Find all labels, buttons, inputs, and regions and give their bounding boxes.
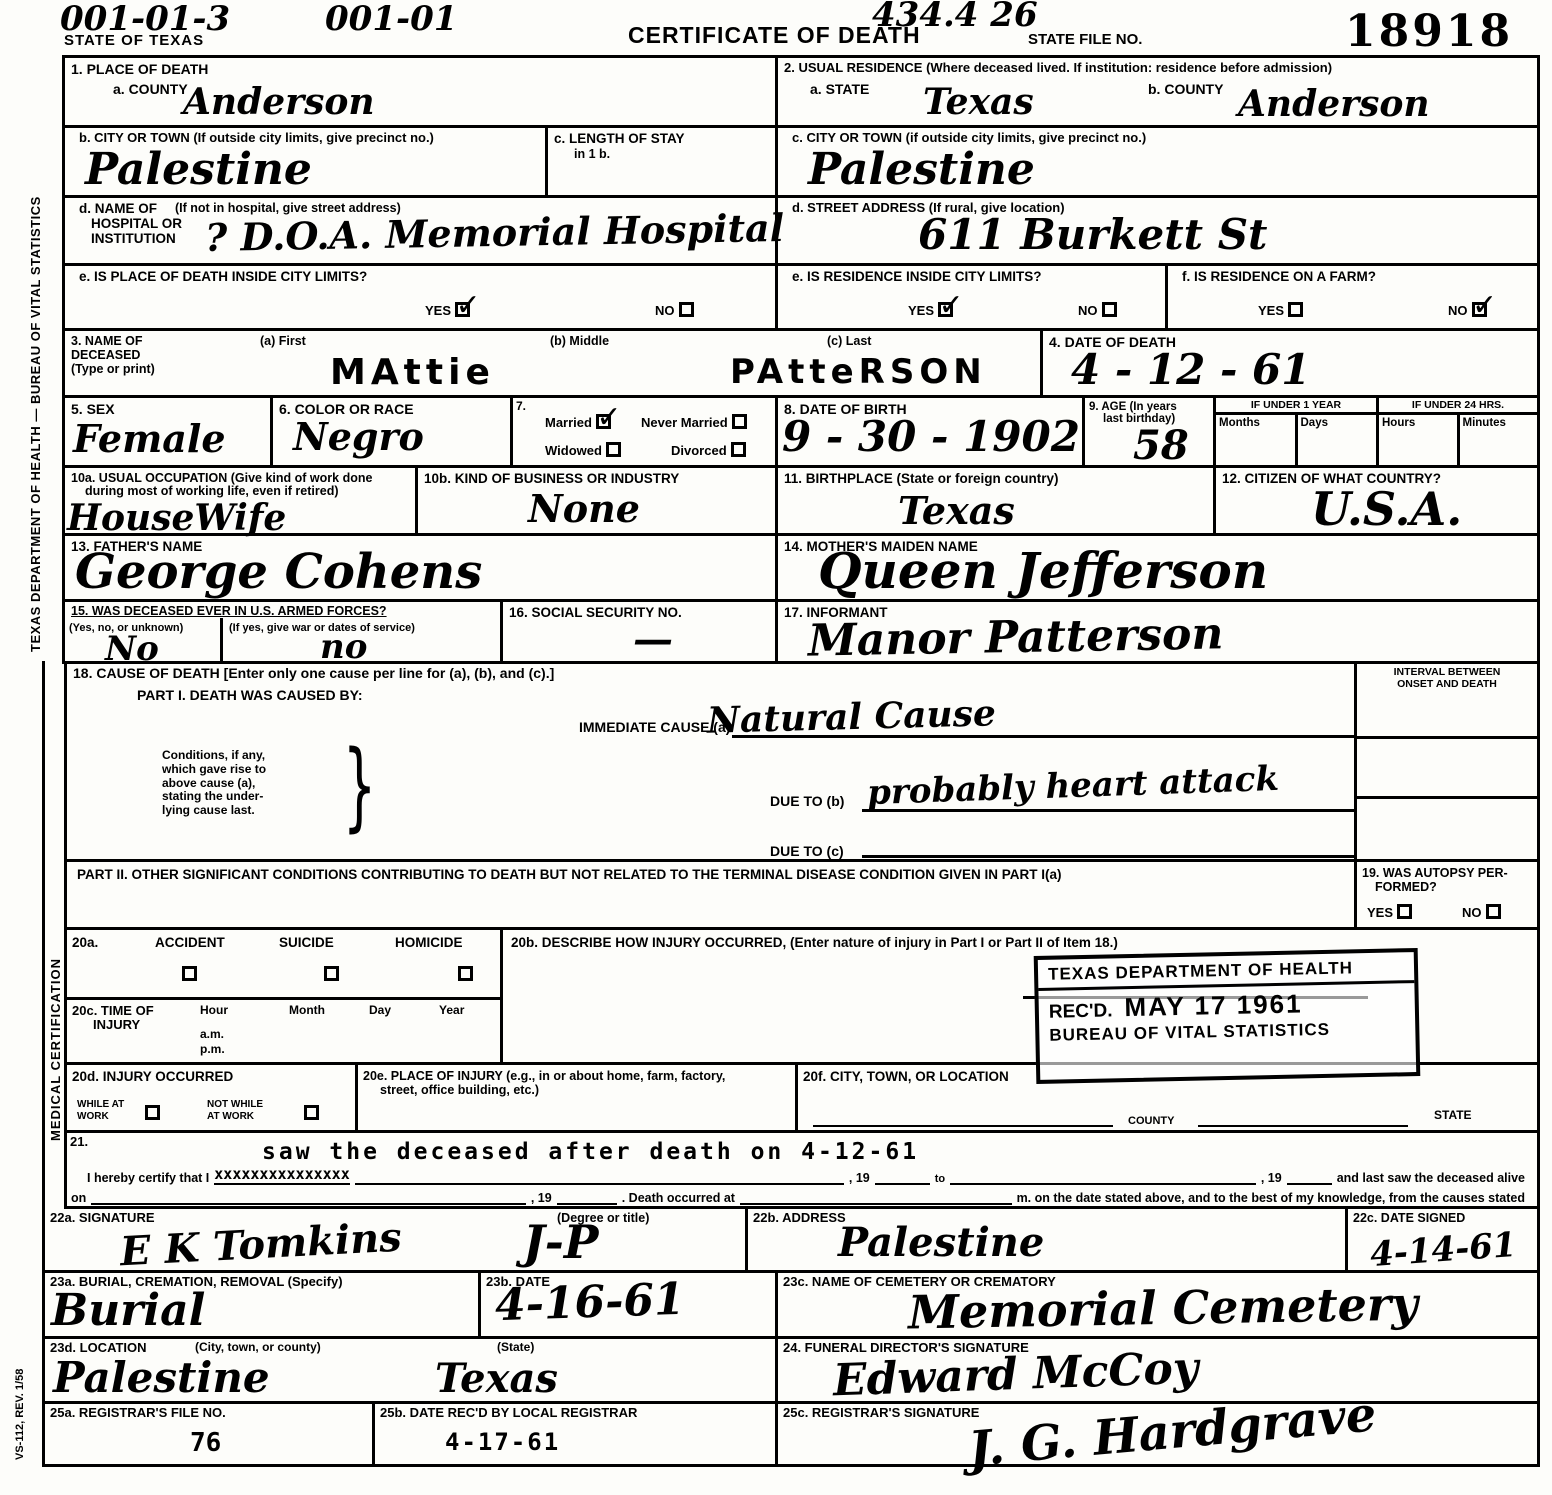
interval-header-box: INTERVAL BETWEEN ONSET AND DEATH bbox=[1357, 661, 1537, 739]
field-place-of-injury: 20e. PLACE OF INJURY (e.g., in or about … bbox=[358, 1065, 798, 1130]
suicide-label: SUICIDE bbox=[279, 935, 334, 951]
marital-label: 7. bbox=[516, 400, 526, 414]
injury-state-label: STATE bbox=[1434, 1109, 1472, 1123]
field-interval-onset-death: INTERVAL BETWEEN ONSET AND DEATH bbox=[1357, 661, 1537, 859]
field-social-security-no: 16. SOCIAL SECURITY NO. — bbox=[503, 602, 778, 661]
received-stamp: TEXAS DEPARTMENT OF HEALTH REC'D. MAY 17… bbox=[1034, 948, 1421, 1084]
stamp-recd-label: REC'D. bbox=[1049, 1000, 1113, 1023]
occupation-value: HouseWife bbox=[67, 500, 286, 536]
field-armed-forces: 15. WAS DECEASED EVER IN U.S. ARMED FORC… bbox=[65, 602, 503, 661]
residence-county-value: Anderson bbox=[1238, 86, 1430, 122]
field-cause-of-death: 18. CAUSE OF DEATH [Enter only one cause… bbox=[67, 661, 1357, 859]
sex-value: Female bbox=[73, 420, 226, 458]
field-date-of-death: 4. DATE OF DEATH 4 - 12 - 61 bbox=[1043, 331, 1537, 395]
usual-residence-title: 2. USUAL RESIDENCE (Where deceased lived… bbox=[784, 61, 1332, 76]
field-mothers-maiden-name: 14. MOTHER'S MAIDEN NAME Queen Jefferson bbox=[778, 536, 1537, 599]
injury-state-line bbox=[1198, 1125, 1408, 1127]
row-cause-of-death: 18. CAUSE OF DEATH [Enter only one cause… bbox=[67, 661, 1537, 862]
under-24-hrs-hours: Hours bbox=[1379, 415, 1460, 465]
checkbox-never-married bbox=[732, 414, 747, 429]
checkbox-death-limits-yes bbox=[455, 302, 470, 317]
checkbox-farm-no bbox=[1472, 302, 1487, 317]
under-1-year-months: Months bbox=[1216, 415, 1298, 465]
field-sex: 5. SEX Female bbox=[65, 398, 273, 465]
row-city-town: b. CITY OR TOWN (If outside city limits,… bbox=[65, 128, 1537, 198]
under-24-hrs-minutes: Minutes bbox=[1460, 415, 1538, 465]
field-if-under-24-hrs: IF UNDER 24 HRS. Hours Minutes bbox=[1379, 398, 1537, 465]
year-label: Year bbox=[439, 1004, 464, 1018]
row-signature: 22a. SIGNATURE E K Tomkins (Degree or ti… bbox=[45, 1209, 1537, 1273]
blank-line bbox=[1287, 1172, 1332, 1185]
accident-label: ACCIDENT bbox=[155, 935, 225, 951]
under-1-year-columns: Months Days bbox=[1216, 415, 1376, 465]
death-county-label: a. COUNTY bbox=[113, 81, 188, 97]
while-at-work: WHILE AT WORK bbox=[77, 1099, 124, 1122]
hospital-value: ? D.O.A. Memorial Hospital bbox=[205, 209, 785, 257]
checkbox-autopsy-no bbox=[1486, 904, 1501, 919]
cause-b-value: probably heart attack bbox=[867, 762, 1280, 810]
struck-out-text: xxxxxxxxxxxxxxx bbox=[214, 1165, 349, 1185]
birthplace-value: Texas bbox=[898, 492, 1015, 530]
due-to-b-label: DUE TO (b) bbox=[770, 793, 844, 809]
field-certifier-signature: 22a. SIGNATURE E K Tomkins (Degree or ti… bbox=[45, 1209, 748, 1270]
residence-limits-no: NO bbox=[1078, 302, 1117, 320]
row-burial: 23a. BURIAL, CREMATION, REMOVAL (Specify… bbox=[45, 1273, 1537, 1339]
place-of-injury-label-1: 20e. PLACE OF INJURY (e.g., in or about … bbox=[363, 1069, 725, 1083]
interval-label-2: ONSET AND DEATH bbox=[1357, 678, 1537, 690]
field-registrar-file-no: 25a. REGISTRAR'S FILE NO. 76 bbox=[45, 1404, 375, 1464]
name-label-3: (Type or print) bbox=[71, 362, 155, 376]
under-1-year-title: IF UNDER 1 YEAR bbox=[1216, 398, 1376, 415]
field-autopsy: 19. WAS AUTOPSY PER- FORMED? YES NO bbox=[1357, 862, 1537, 927]
handwritten-code-1: 001-01-3 bbox=[60, 2, 230, 36]
business-value: None bbox=[528, 490, 640, 528]
death-limits-yes: YES bbox=[425, 302, 470, 320]
blank-line bbox=[355, 1172, 844, 1185]
certification-line-2: on , 19 . Death occurred at m. on the da… bbox=[71, 1191, 1525, 1205]
checkbox-farm-yes bbox=[1288, 302, 1303, 317]
death-inside-limits-label: e. IS PLACE OF DEATH INSIDE CITY LIMITS? bbox=[79, 269, 367, 285]
burial-type-value: Burial bbox=[51, 1289, 205, 1333]
ssn-value: — bbox=[633, 620, 673, 660]
armed-forces-title: 15. WAS DECEASED EVER IN U.S. ARMED FORC… bbox=[71, 604, 387, 618]
signature-value: E K Tomkins bbox=[119, 1218, 403, 1273]
residence-inside-limits-label: e. IS RESIDENCE INSIDE CITY LIMITS? bbox=[792, 269, 1042, 285]
address-label: 22b. ADDRESS bbox=[753, 1211, 846, 1226]
typed-certification-text: saw the deceased after death on 4-12-61 bbox=[262, 1139, 919, 1165]
date-signed-label: 22c. DATE SIGNED bbox=[1353, 1211, 1465, 1225]
field-injury-occurred: 20d. INJURY OCCURRED WHILE AT WORK NOT W… bbox=[67, 1065, 358, 1130]
funeral-director-value: Edward McCoy bbox=[832, 1347, 1199, 1404]
homicide-label: HOMICIDE bbox=[395, 935, 463, 951]
first-name-label: (a) First bbox=[260, 334, 306, 348]
day-label: Day bbox=[369, 1004, 391, 1018]
hour-label: Hour bbox=[200, 1004, 228, 1018]
hospital-label-1: d. NAME OF bbox=[79, 201, 157, 217]
field-certification-statement: 21. saw the deceased after death on 4-12… bbox=[67, 1133, 1537, 1206]
degree-or-title-value: J-P bbox=[523, 1219, 598, 1265]
middle-name-label: (b) Middle bbox=[550, 334, 609, 348]
checkbox-residence-limits-yes bbox=[938, 302, 953, 317]
field-certifier-address: 22b. ADDRESS Palestine bbox=[748, 1209, 1348, 1270]
marital-divorced: Divorced bbox=[671, 442, 746, 460]
field-burial-location: 23d. LOCATION (City, town, or county) Pa… bbox=[45, 1339, 778, 1401]
residence-state-value: Texas bbox=[923, 84, 1034, 120]
location-state-label: (State) bbox=[497, 1341, 534, 1355]
interval-label-1: INTERVAL BETWEEN bbox=[1357, 666, 1537, 678]
informant-value: Manor Patterson bbox=[808, 612, 1224, 663]
certificate-title: CERTIFICATE OF DEATH bbox=[628, 22, 921, 48]
not-while-at-work: NOT WHILE AT WORK bbox=[207, 1099, 263, 1122]
field-hospital: d. NAME OF (If not in hospital, give str… bbox=[65, 198, 778, 263]
blank-line bbox=[950, 1172, 1256, 1185]
business-label: 10b. KIND OF BUSINESS OR INDUSTRY bbox=[424, 471, 679, 487]
age-value: 58 bbox=[1133, 426, 1189, 466]
cause-part1-label: PART I. DEATH WAS CAUSED BY: bbox=[137, 687, 363, 703]
field-fathers-name: 13. FATHER'S NAME George Cohens bbox=[65, 536, 778, 599]
cause-a-value: Natural Cause bbox=[707, 695, 997, 739]
column-20a-20c: 20a. ACCIDENT SUICIDE HOMICIDE 20c. TIME… bbox=[67, 930, 503, 1062]
field-name-of-deceased: 3. NAME OF DECEASED (Type or print) (a) … bbox=[65, 331, 1043, 395]
citizen-value: U.S.A. bbox=[1311, 486, 1462, 532]
residence-state-label: a. STATE bbox=[810, 81, 869, 97]
blank-line bbox=[91, 1192, 526, 1205]
part2-label: PART II. OTHER SIGNIFICANT CONDITIONS CO… bbox=[77, 867, 1062, 883]
describe-injury-label: 20b. DESCRIBE HOW INJURY OCCURRED, (Ente… bbox=[511, 935, 1118, 951]
under-24-hrs-title: IF UNDER 24 HRS. bbox=[1379, 398, 1537, 415]
death-limits-no: NO bbox=[655, 302, 694, 320]
location-value: Palestine bbox=[53, 1357, 270, 1399]
row-forces-ssn-informant: 15. WAS DECEASED EVER IN U.S. ARMED FORC… bbox=[65, 602, 1537, 664]
certificate-form-top: 1. PLACE OF DEATH a. COUNTY Anderson 2. … bbox=[62, 55, 1540, 664]
burial-date-value: 4-16-61 bbox=[494, 1278, 685, 1329]
sex-label: 5. SEX bbox=[71, 401, 115, 417]
checkbox-accident bbox=[182, 966, 197, 981]
checkbox-while-at-work bbox=[145, 1105, 160, 1120]
row-occupation-birthplace: 10a. USUAL OCCUPATION (Give kind of work… bbox=[65, 468, 1537, 536]
am-label: a.m. bbox=[200, 1028, 224, 1042]
field-citizen-of: 12. CITIZEN OF WHAT COUNTRY? U.S.A. bbox=[1216, 468, 1537, 533]
farm-yes: YES bbox=[1258, 302, 1303, 320]
field-time-of-injury: 20c. TIME OF INJURY Hour a.m. p.m. Month… bbox=[67, 1000, 500, 1062]
cause-title: 18. CAUSE OF DEATH [Enter only one cause… bbox=[73, 665, 554, 681]
under-24-hrs-columns: Hours Minutes bbox=[1379, 415, 1537, 465]
time-of-injury-label-2: INJURY bbox=[93, 1018, 140, 1033]
field-birthplace: 11. BIRTHPLACE (State or foreign country… bbox=[778, 468, 1216, 533]
field-part2-conditions: PART II. OTHER SIGNIFICANT CONDITIONS CO… bbox=[67, 862, 1357, 927]
address-value: Palestine bbox=[838, 1223, 1044, 1263]
row-hospital-street: d. NAME OF (If not in hospital, give str… bbox=[65, 198, 1537, 266]
left-margin-department-text: TEXAS DEPARTMENT OF HEALTH — BUREAU OF V… bbox=[28, 196, 43, 652]
location-state-value: Texas bbox=[435, 1359, 558, 1399]
death-county-value: Anderson bbox=[183, 84, 375, 120]
first-name-value: MAttie bbox=[330, 355, 495, 391]
checkbox-death-limits-no bbox=[679, 302, 694, 317]
fathers-name-value: George Cohens bbox=[75, 548, 482, 596]
length-of-stay-sub: in 1 b. bbox=[574, 147, 610, 161]
registrar-signature-label: 25c. REGISTRAR'S SIGNATURE bbox=[783, 1406, 979, 1421]
field-date-signed: 22c. DATE SIGNED 4-14-61 bbox=[1348, 1209, 1537, 1270]
residence-city-value: Palestine bbox=[808, 148, 1035, 192]
date-recd-label: 25b. DATE REC'D BY LOCAL REGISTRAR bbox=[380, 1406, 637, 1421]
race-value: Negro bbox=[293, 418, 424, 456]
blank-line bbox=[557, 1192, 617, 1205]
handwritten-code-2: 001-01 bbox=[325, 2, 457, 36]
armed-forces-divider bbox=[220, 618, 223, 661]
conditions-brace: } bbox=[343, 741, 377, 832]
date-of-birth-value: 9 - 30 - 1902 bbox=[782, 416, 1080, 458]
date-recd-value: 4-17-61 bbox=[445, 1428, 560, 1456]
checkbox-residence-limits-no bbox=[1102, 302, 1117, 317]
injury-city-label: 20f. CITY, TOWN, OR LOCATION bbox=[803, 1069, 1009, 1085]
field-usual-occupation: 10a. USUAL OCCUPATION (Give kind of work… bbox=[65, 468, 418, 533]
injury-county-label: COUNTY bbox=[1128, 1115, 1174, 1128]
date-of-death-value: 4 - 12 - 61 bbox=[1071, 349, 1310, 391]
blank-line bbox=[740, 1192, 1012, 1205]
row-certification: 21. saw the deceased after death on 4-12… bbox=[67, 1133, 1537, 1209]
cemetery-value: Memorial Cemetery bbox=[908, 1281, 1419, 1336]
cause-conditions-note: Conditions, if any, which gave rise to a… bbox=[162, 749, 266, 818]
checkbox-suicide bbox=[324, 966, 339, 981]
field-color-or-race: 6. COLOR OR RACE Negro bbox=[273, 398, 513, 465]
state-file-no-label: STATE FILE NO. bbox=[1028, 31, 1142, 48]
row-parents: 13. FATHER'S NAME George Cohens 14. MOTH… bbox=[65, 536, 1537, 602]
field-burial-type: 23a. BURIAL, CREMATION, REMOVAL (Specify… bbox=[45, 1273, 481, 1336]
field-date-recd-local-registrar: 25b. DATE REC'D BY LOCAL REGISTRAR 4-17-… bbox=[375, 1404, 778, 1464]
field-place-of-death: 1. PLACE OF DEATH a. COUNTY Anderson bbox=[65, 58, 778, 125]
field-registrar-signature: 25c. REGISTRAR'S SIGNATURE J. G. Hardgra… bbox=[778, 1404, 1537, 1464]
row-part2-autopsy: PART II. OTHER SIGNIFICANT CONDITIONS CO… bbox=[67, 862, 1537, 930]
armed-forces-value-2: no bbox=[320, 630, 367, 664]
signature-label: 22a. SIGNATURE bbox=[50, 1211, 155, 1226]
field-burial-date: 23b. DATE 4-16-61 bbox=[481, 1273, 778, 1336]
birthplace-label: 11. BIRTHPLACE (State or foreign country… bbox=[784, 471, 1059, 487]
field-usual-residence: 2. USUAL RESIDENCE (Where deceased lived… bbox=[778, 58, 1537, 125]
interval-row-b bbox=[1357, 739, 1537, 799]
stamp-date: MAY 17 1961 bbox=[1124, 989, 1303, 1023]
row-name-of-deceased: 3. NAME OF DECEASED (Type or print) (a) … bbox=[65, 331, 1537, 398]
length-of-stay-label: c. LENGTH OF STAY bbox=[554, 131, 685, 147]
field-kind-of-business: 10b. KIND OF BUSINESS OR INDUSTRY None bbox=[418, 468, 778, 533]
medical-certification-vertical-label: MEDICAL CERTIFICATION bbox=[48, 958, 63, 1141]
field-if-under-1-year: IF UNDER 1 YEAR Months Days bbox=[1216, 398, 1379, 465]
state-file-number: 18918 bbox=[1345, 6, 1513, 57]
state-of-texas-label: STATE OF TEXAS bbox=[64, 32, 204, 49]
autopsy-no: NO bbox=[1462, 904, 1501, 922]
cause-c-line bbox=[862, 855, 1354, 858]
place-of-injury-label-2: street, office building, etc.) bbox=[380, 1083, 539, 1097]
registrar-file-no-label: 25a. REGISTRAR'S FILE NO. bbox=[50, 1406, 226, 1421]
row-place-residence: 1. PLACE OF DEATH a. COUNTY Anderson 2. … bbox=[65, 58, 1537, 128]
mothers-name-value: Queen Jefferson bbox=[818, 546, 1268, 596]
name-label-1: 3. NAME OF bbox=[71, 334, 143, 348]
certification-line-1: I hereby certify that I xxxxxxxxxxxxxxx … bbox=[87, 1165, 1525, 1185]
date-signed-value: 4-14-61 bbox=[1369, 1228, 1518, 1272]
hospital-label-3: INSTITUTION bbox=[91, 231, 176, 247]
marital-widowed: Widowed bbox=[545, 442, 621, 460]
place-of-death-title: 1. PLACE OF DEATH bbox=[71, 61, 208, 77]
blank-line bbox=[875, 1172, 930, 1185]
injury-occurred-label: 20d. INJURY OCCURRED bbox=[72, 1069, 233, 1085]
medical-certification-strip: MEDICAL CERTIFICATION bbox=[45, 661, 67, 1209]
checkbox-divorced bbox=[731, 442, 746, 457]
street-address-value: 611 Burkett St bbox=[918, 214, 1267, 256]
field-age: 9. AGE (In years last birthday) 58 bbox=[1085, 398, 1216, 465]
autopsy-yes: YES bbox=[1367, 904, 1412, 922]
checkbox-married bbox=[596, 414, 611, 429]
autopsy-label-1: 19. WAS AUTOPSY PER- bbox=[1362, 866, 1508, 880]
residence-limits-yes: YES bbox=[908, 302, 953, 320]
last-name-label: (c) Last bbox=[827, 334, 871, 348]
autopsy-label-2: FORMED? bbox=[1375, 880, 1437, 894]
under-1-year-days: Days bbox=[1298, 415, 1377, 465]
field-residence-inside-limits: e. IS RESIDENCE INSIDE CITY LIMITS? YES … bbox=[778, 266, 1168, 328]
checkbox-not-while-at-work bbox=[304, 1105, 319, 1120]
field-funeral-director: 24. FUNERAL DIRECTOR'S SIGNATURE Edward … bbox=[778, 1339, 1537, 1401]
pm-label: p.m. bbox=[200, 1043, 225, 1057]
field-date-of-birth: 8. DATE OF BIRTH 9 - 30 - 1902 bbox=[778, 398, 1085, 465]
checkbox-autopsy-yes bbox=[1397, 904, 1412, 919]
row-sex-race-birth: 5. SEX Female 6. COLOR OR RACE Negro 7. … bbox=[65, 398, 1537, 468]
field-death-city: b. CITY OR TOWN (If outside city limits,… bbox=[65, 128, 548, 195]
field-residence-city: c. CITY OR TOWN (if outside city limits,… bbox=[778, 128, 1537, 195]
checkbox-homicide bbox=[458, 966, 473, 981]
field-cemetery-name: 23c. NAME OF CEMETERY OR CREMATORY Memor… bbox=[778, 1273, 1537, 1336]
month-label: Month bbox=[289, 1004, 325, 1018]
left-margin-form-number: VS-112, REV. 1/58 bbox=[14, 1369, 26, 1460]
marital-never-married: Never Married bbox=[641, 414, 747, 432]
due-to-c-label: DUE TO (c) bbox=[770, 843, 844, 859]
field-length-of-stay: c. LENGTH OF STAY in 1 b. bbox=[548, 128, 778, 195]
name-label-2: DECEASED bbox=[71, 348, 140, 362]
checkbox-widowed bbox=[606, 442, 621, 457]
hospital-label-2: HOSPITAL OR bbox=[91, 216, 182, 232]
last-name-value: PAtteRSON bbox=[730, 355, 987, 389]
field-street-address: d. STREET ADDRESS (If rural, give locati… bbox=[778, 198, 1537, 263]
residence-farm-label: f. IS RESIDENCE ON A FARM? bbox=[1182, 269, 1376, 285]
injury-county-line bbox=[813, 1125, 1113, 1127]
field-accident-suicide-homicide: 20a. ACCIDENT SUICIDE HOMICIDE bbox=[67, 930, 500, 1000]
residence-county-label: b. COUNTY bbox=[1148, 81, 1223, 97]
death-city-value: Palestine bbox=[85, 148, 312, 192]
farm-no: NO bbox=[1448, 302, 1487, 320]
row-registrar: 25a. REGISTRAR'S FILE NO. 76 25b. DATE R… bbox=[45, 1404, 1537, 1464]
registrar-file-no-value: 76 bbox=[190, 1428, 221, 1458]
field-residence-on-farm: f. IS RESIDENCE ON A FARM? YES NO bbox=[1168, 266, 1537, 328]
field-marital-status: 7. Married Never Married Widowed Divorce… bbox=[513, 398, 778, 465]
certification-number: 21. bbox=[70, 1135, 88, 1150]
field-death-inside-limits: e. IS PLACE OF DEATH INSIDE CITY LIMITS?… bbox=[65, 266, 778, 328]
row-city-limit-questions: e. IS PLACE OF DEATH INSIDE CITY LIMITS?… bbox=[65, 266, 1537, 331]
field-informant: 17. INFORMANT Manor Patterson bbox=[778, 602, 1537, 661]
marital-married: Married bbox=[545, 414, 611, 432]
field-20a-number: 20a. bbox=[72, 935, 98, 951]
